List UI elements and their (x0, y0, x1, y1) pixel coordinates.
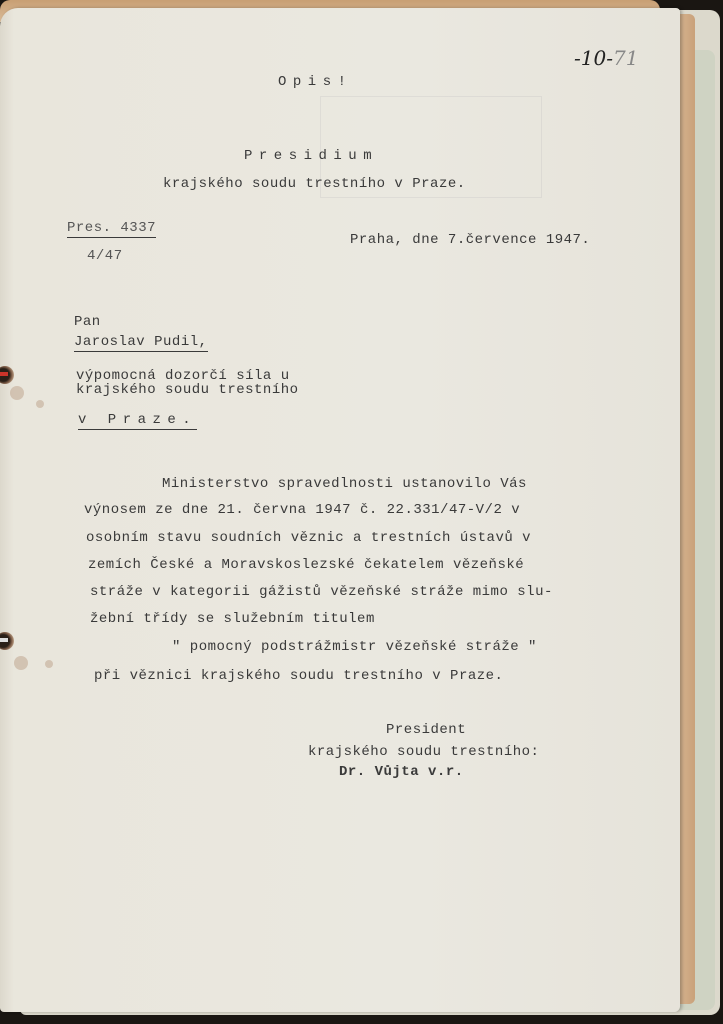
service-title-quote: " pomocný podstrážmistr vězeňské stráže … (172, 639, 537, 655)
stain-mark (36, 400, 44, 408)
stain-mark (10, 386, 24, 400)
body-line: výnosem ze dne 21. června 1947 č. 22.331… (84, 502, 520, 518)
body-line: žební třídy se služebním titulem (90, 611, 375, 627)
recipient-position-line2: krajského soudu trestního (76, 382, 299, 398)
reference-number: Pres. 4337 (67, 220, 156, 238)
page-number-ink: -10- (574, 46, 613, 70)
body-final-line: při věznici krajského soudu trestního v … (94, 668, 503, 684)
recipient-salutation: Pan (74, 314, 101, 330)
place-date: Praha, dne 7.července 1947. (350, 232, 590, 248)
issuer-title: Presidium (244, 148, 378, 164)
page-number-pencil: 71 (613, 46, 638, 70)
document-page: -10-71 Opis! Presidium krajského soudu t… (0, 8, 680, 1012)
body-line: zemích České a Moravskoslezské čekatelem… (88, 557, 524, 573)
body-line: stráže v kategorii gážistů vězeňské strá… (90, 584, 553, 600)
punch-hole-icon (0, 366, 14, 384)
body-line: Ministerstvo spravedlnosti ustanovilo Vá… (162, 476, 527, 492)
body-line: osobním stavu soudních věznic a trestníc… (86, 530, 531, 546)
stain-mark (45, 660, 53, 668)
page-number-annotation: -10-71 (574, 46, 638, 70)
reference-sub-number: 4/47 (87, 248, 123, 264)
signature-court: krajského soudu trestního: (308, 744, 539, 760)
punch-hole-icon (0, 632, 14, 650)
stain-mark (14, 656, 28, 670)
signature-name: Dr. Vůjta v.r. (339, 764, 464, 780)
recipient-location: v Praze. (78, 412, 197, 430)
issuer-court: krajského soudu trestního v Praze. (163, 176, 466, 192)
signature-role: President (386, 722, 466, 738)
recipient-name: Jaroslav Pudil, (74, 334, 208, 352)
document-heading: Opis! (278, 74, 353, 90)
